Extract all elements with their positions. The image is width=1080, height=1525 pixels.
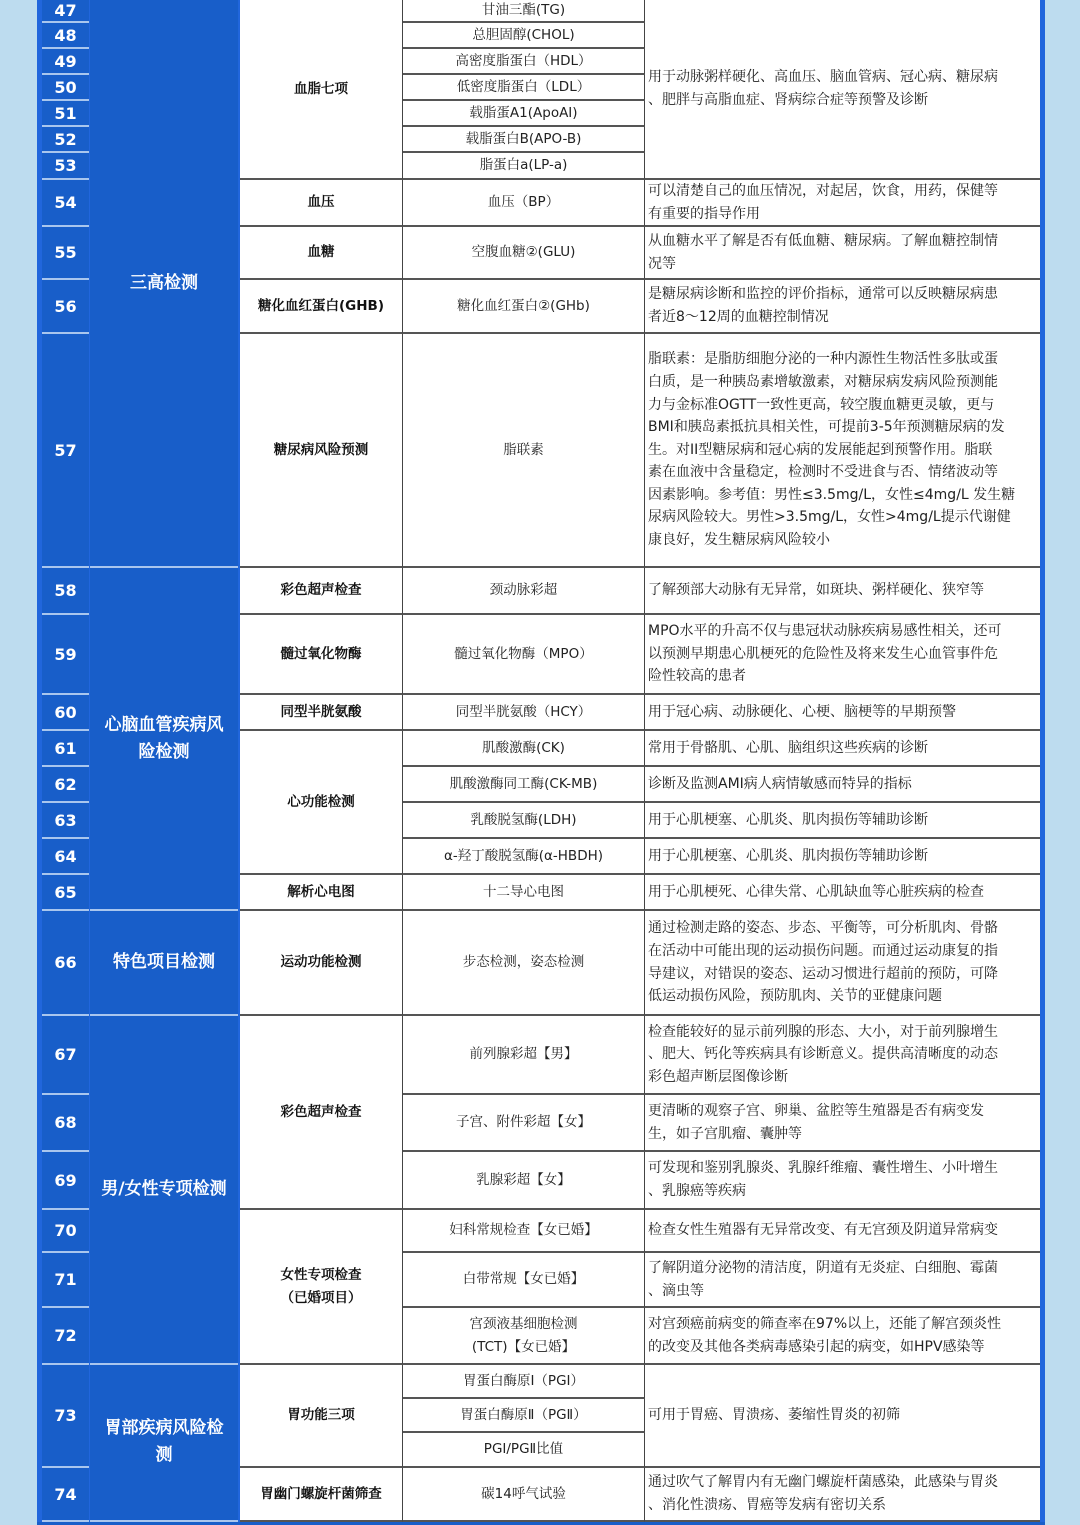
- subcategory-cell: 女性专项检查 （已婚项目）: [240, 1210, 403, 1365]
- item-cell: PGⅠ/PGⅡ比值: [403, 1433, 645, 1468]
- row-number: 61: [42, 731, 89, 767]
- row-number: 63: [42, 803, 89, 839]
- row-number: 52: [42, 127, 89, 153]
- category-cell-stomach: 胃部疾病风险检 测: [90, 1365, 238, 1522]
- item-label: 宫颈液基细胞检测: [470, 1313, 578, 1336]
- description-line: 、消化性溃疡、胃癌等发病有密切关系: [648, 1494, 886, 1517]
- category-label: 特色项目检测: [113, 949, 215, 976]
- subcategory-cell: 彩色超声检查: [240, 568, 403, 615]
- description-cell: 从血糖水平了解是否有低血糖、糖尿病。了解血糖控制情 况等: [645, 227, 1040, 280]
- description-line: 可以清楚自己的血压情况，对起居，饮食，用药，保健等: [648, 180, 998, 203]
- category-label: 三高检测: [130, 270, 198, 297]
- item-cell: 肌酸激酶同工酶(CK-MB): [403, 767, 645, 803]
- description-line: 康良好，发生糖尿病风险较小: [648, 529, 830, 552]
- category-label: 胃部疾病风险检: [105, 1415, 224, 1442]
- item-cell: 脂联素: [403, 334, 645, 568]
- subcategory-cell: 同型半胱氨酸: [240, 695, 403, 731]
- row-number: 47: [42, 0, 89, 23]
- description-line: 素在血液中含量稳定，检测时不受进食与否、情绪波动等: [648, 461, 998, 484]
- description-cell: 用于冠心病、动脉硬化、心梗、脑梗等的早期预警: [645, 695, 1040, 731]
- description-line: 、肥大、钙化等疾病具有诊断意义。提供高清晰度的动态: [648, 1043, 998, 1066]
- description-line: 况等: [648, 253, 676, 276]
- item-cell: 颈动脉彩超: [403, 568, 645, 615]
- subcategory-cell: 胃幽门螺旋杆菌筛查: [240, 1468, 403, 1522]
- item-cell: 乳腺彩超【女】: [403, 1152, 645, 1210]
- item-cell: 肌酸激酶(CK): [403, 731, 645, 767]
- description-line: 生，如子宫肌瘤、囊肿等: [648, 1123, 802, 1146]
- subcategory-cell: 血脂七项: [240, 0, 403, 180]
- subcategory-label: 女性专项检查: [281, 1264, 362, 1287]
- category-cell-sangao: 三高检测: [90, 0, 238, 568]
- row-number: 71: [42, 1253, 89, 1308]
- row-number: 65: [42, 875, 89, 911]
- description-line: 对宫颈癌前病变的筛查率在97%以上，还能了解宫颈炎性: [648, 1313, 1001, 1336]
- description-cell: 用于心肌梗死、心律失常、心肌缺血等心脏疾病的检查: [645, 875, 1040, 911]
- description-cell: 对宫颈癌前病变的筛查率在97%以上，还能了解宫颈炎性 的改变及其他各类病毒感染引…: [645, 1308, 1040, 1365]
- item-cell: 糖化血红蛋白②(GHb): [403, 280, 645, 334]
- description-line: 用于心肌梗塞、心肌炎、肌肉损伤等辅助诊断: [648, 809, 928, 832]
- category-cell-gender: 男/女性专项检测: [90, 1016, 238, 1365]
- description-line: 脂联素：是脂肪细胞分泌的一种内源性生物活性多肽或蛋: [648, 348, 998, 371]
- item-cell: 碳14呼气试验: [403, 1468, 645, 1522]
- row-number: 62: [42, 767, 89, 803]
- description-line: 、肥胖与高脂血症、肾病综合症等预警及诊断: [648, 89, 928, 112]
- description-line: 通过检测走路的姿态、步态、平衡等，可分析肌肉、骨骼: [648, 917, 998, 940]
- description-line: 因素影响。参考值：男性≤3.5mg/L，女性≤4mg/L 发生糖: [648, 484, 1015, 507]
- item-cell: 白带常规【女已婚】: [403, 1253, 645, 1308]
- item-cell: 脂蛋白a(LP-a): [403, 153, 645, 180]
- category-label: 心脑血管疾病风: [105, 712, 224, 739]
- description-cell: 了解阴道分泌物的清洁度，阴道有无炎症、白细胞、霉菌 、滴虫等: [645, 1253, 1040, 1308]
- description-cell: 用于心肌梗塞、心肌炎、肌肉损伤等辅助诊断: [645, 803, 1040, 839]
- row-number: 53: [42, 153, 89, 180]
- item-cell: 高密度脂蛋白（HDL）: [403, 49, 645, 75]
- row-number: 68: [42, 1095, 89, 1152]
- row-number: 57: [42, 334, 89, 568]
- description-line: 险性较高的患者: [648, 665, 746, 688]
- description-line: 更清晰的观察子宫、卵巢、盆腔等生殖器是否有病变发: [648, 1100, 984, 1123]
- row-number: 70: [42, 1210, 89, 1253]
- description-cell: 用于动脉粥样硬化、高血压、脑血管病、冠心病、糖尿病 、肥胖与高脂血症、肾病综合症…: [645, 0, 1040, 180]
- subcategory-cell: 糖化血红蛋白(GHB): [240, 280, 403, 334]
- item-cell: 前列腺彩超【男】: [403, 1016, 645, 1095]
- description-cell: 通过检测走路的姿态、步态、平衡等，可分析肌肉、骨骼 在活动中可能出现的运动损伤问…: [645, 911, 1040, 1016]
- description-line: 从血糖水平了解是否有低血糖、糖尿病。了解血糖控制情: [648, 230, 998, 253]
- description-cell: 脂联素：是脂肪细胞分泌的一种内源性生物活性多肽或蛋 白质，是一种胰岛素增敏激素，…: [645, 334, 1040, 568]
- row-number: 74: [42, 1468, 89, 1522]
- row-number: 64: [42, 839, 89, 875]
- description-line: 用于冠心病、动脉硬化、心梗、脑梗等的早期预警: [648, 701, 956, 724]
- description-line: 是糖尿病诊断和监控的评价指标，通常可以反映糖尿病患: [648, 283, 998, 306]
- item-cell: 妇科常规检查【女已婚】: [403, 1210, 645, 1253]
- description-cell: 检查能较好的显示前列腺的形态、大小，对于前列腺增生 、肥大、钙化等疾病具有诊断意…: [645, 1016, 1040, 1095]
- row-number: 73: [42, 1365, 89, 1468]
- description-line: 通过吹气了解胃内有无幽门螺旋杆菌感染，此感染与胃炎: [648, 1471, 998, 1494]
- description-line: 力与金标准OGTT一致性更高，较空腹血糖更灵敏，更与: [648, 394, 994, 417]
- subcategory-cell: 糖尿病风险预测: [240, 334, 403, 568]
- row-number: 51: [42, 101, 89, 127]
- item-cell: 胃蛋白酶原Ⅰ（PGⅠ）: [403, 1365, 645, 1399]
- item-label: (TCT)【女已婚】: [472, 1336, 575, 1359]
- item-cell: 载脂蛋A1(ApoAI): [403, 101, 645, 127]
- description-cell: 可用于胃癌、胃溃疡、萎缩性胃炎的初筛: [645, 1365, 1040, 1468]
- row-number: 60: [42, 695, 89, 731]
- description-line: 用于心肌梗死、心律失常、心肌缺血等心脏疾病的检查: [648, 881, 984, 904]
- description-cell: 可发现和鉴别乳腺炎、乳腺纤维瘤、囊性增生、小叶增生 、乳腺癌等疾病: [645, 1152, 1040, 1210]
- description-line: 低运动损伤风险，预防肌肉、关节的亚健康问题: [648, 985, 942, 1008]
- description-line: 尿病风险较大。男性>3.5mg/L，女性>4mg/L提示代谢健: [648, 506, 1011, 529]
- subcategory-cell: 胃功能三项: [240, 1365, 403, 1468]
- description-line: 有重要的指导作用: [648, 203, 760, 226]
- item-cell: 子宫、附件彩超【女】: [403, 1095, 645, 1152]
- row-number: 72: [42, 1308, 89, 1365]
- description-line: MPO水平的升高不仅与患冠状动脉疾病易感性相关，还可: [648, 620, 1002, 643]
- item-cell: 同型半胱氨酸（HCY）: [403, 695, 645, 731]
- description-line: 检查女性生殖器有无异常改变、有无宫颈及阴道异常病变: [648, 1219, 998, 1242]
- row-number: 54: [42, 180, 89, 227]
- description-line: 生。对II型糖尿病和冠心病的发展能起到预警作用。脂联: [648, 439, 992, 462]
- description-line: 用于动脉粥样硬化、高血压、脑血管病、冠心病、糖尿病: [648, 66, 998, 89]
- description-line: 可发现和鉴别乳腺炎、乳腺纤维瘤、囊性增生、小叶增生: [648, 1157, 998, 1180]
- row-number: 58: [42, 568, 89, 615]
- item-cell: 空腹血糖②(GLU): [403, 227, 645, 280]
- item-cell: 髓过氧化物酶（MPO）: [403, 615, 645, 695]
- description-cell: 可以清楚自己的血压情况，对起居，饮食，用药，保健等 有重要的指导作用: [645, 180, 1040, 227]
- description-line: BMI和胰岛素抵抗具相关性，可提前3-5年预测糖尿病的发: [648, 416, 1005, 439]
- description-line: 导建议，对错误的姿态、运动习惯进行超前的预防，可降: [648, 963, 998, 986]
- description-line: 、滴虫等: [648, 1280, 704, 1303]
- category-label: 男/女性专项检测: [101, 1176, 226, 1203]
- row-number: 48: [42, 23, 89, 49]
- description-line: 者近8～12周的血糖控制情况: [648, 306, 829, 329]
- description-cell: 诊断及监测AMI病人病情敏感而特异的指标: [645, 767, 1040, 803]
- subcategory-cell: 髓过氧化物酶: [240, 615, 403, 695]
- row-number: 49: [42, 49, 89, 75]
- row-number: 66: [42, 911, 89, 1016]
- item-cell: 宫颈液基细胞检测 (TCT)【女已婚】: [403, 1308, 645, 1365]
- category-cell-special: 特色项目检测: [90, 911, 238, 1016]
- description-cell: 检查女性生殖器有无异常改变、有无宫颈及阴道异常病变: [645, 1210, 1040, 1253]
- description-line: 在活动中可能出现的运动损伤问题。而通过运动康复的指: [648, 940, 998, 963]
- item-cell: α-羟丁酸脱氢酶(α-HBDH): [403, 839, 645, 875]
- subcategory-cell: 解析心电图: [240, 875, 403, 911]
- category-label: 险检测: [139, 739, 190, 766]
- description-cell: 用于心肌梗塞、心肌炎、肌肉损伤等辅助诊断: [645, 839, 1040, 875]
- subcategory-cell: 运动功能检测: [240, 911, 403, 1016]
- description-line: 彩色超声断层图像诊断: [648, 1066, 788, 1089]
- item-cell: 低密度脂蛋白（LDL）: [403, 75, 645, 101]
- description-cell: 是糖尿病诊断和监控的评价指标，通常可以反映糖尿病患 者近8～12周的血糖控制情况: [645, 280, 1040, 334]
- category-label: 测: [156, 1442, 173, 1469]
- row-number: 55: [42, 227, 89, 280]
- subcategory-cell: 血糖: [240, 227, 403, 280]
- subcategory-label: （已婚项目）: [281, 1287, 362, 1310]
- description-line: 的改变及其他各类病毒感染引起的病变，如HPV感染等: [648, 1336, 985, 1359]
- item-cell: 载脂蛋白B(APO-B): [403, 127, 645, 153]
- description-cell: MPO水平的升高不仅与患冠状动脉疾病易感性相关，还可 以预测早期患心肌梗死的危险…: [645, 615, 1040, 695]
- item-cell: 血压（BP）: [403, 180, 645, 227]
- row-number: 56: [42, 280, 89, 334]
- description-cell: 更清晰的观察子宫、卵巢、盆腔等生殖器是否有病变发 生，如子宫肌瘤、囊肿等: [645, 1095, 1040, 1152]
- row-number: 50: [42, 75, 89, 101]
- item-cell: 胃蛋白酶原Ⅱ（PGⅡ）: [403, 1399, 645, 1433]
- category-cell-cardio: 心脑血管疾病风 险检测: [90, 568, 238, 911]
- description-line: 、乳腺癌等疾病: [648, 1180, 746, 1203]
- row-number: 69: [42, 1152, 89, 1210]
- row-number: 67: [42, 1016, 89, 1095]
- description-line: 诊断及监测AMI病人病情敏感而特异的指标: [648, 773, 912, 796]
- description-cell: 常用于骨骼肌、心肌、脑组织这些疾病的诊断: [645, 731, 1040, 767]
- description-line: 以预测早期患心肌梗死的危险性及将来发生心血管事件危: [648, 643, 998, 666]
- description-line: 了解阴道分泌物的清洁度，阴道有无炎症、白细胞、霉菌: [648, 1257, 998, 1280]
- item-cell: 十二导心电图: [403, 875, 645, 911]
- description-line: 白质，是一种胰岛素增敏激素，对糖尿病发病风险预测能: [648, 371, 998, 394]
- description-line: 常用于骨骼肌、心肌、脑组织这些疾病的诊断: [648, 737, 928, 760]
- item-cell: 乳酸脱氢酶(LDH): [403, 803, 645, 839]
- item-cell: 总胆固醇(CHOL): [403, 23, 645, 49]
- description-cell: 通过吹气了解胃内有无幽门螺旋杆菌感染，此感染与胃炎 、消化性溃疡、胃癌等发病有密…: [645, 1468, 1040, 1522]
- description-cell: 了解颈部大动脉有无异常，如斑块、粥样硬化、狭窄等: [645, 568, 1040, 615]
- description-line: 用于心肌梗塞、心肌炎、肌肉损伤等辅助诊断: [648, 845, 928, 868]
- subcategory-cell: 心功能检测: [240, 731, 403, 875]
- item-cell: 甘油三酯(TG): [403, 0, 645, 23]
- subcategory-cell: 彩色超声检查: [240, 1016, 403, 1210]
- description-line: 检查能较好的显示前列腺的形态、大小，对于前列腺增生: [648, 1021, 998, 1044]
- description-line: 可用于胃癌、胃溃疡、萎缩性胃炎的初筛: [648, 1404, 900, 1427]
- row-number: 59: [42, 615, 89, 695]
- item-cell: 步态检测，姿态检测: [403, 911, 645, 1016]
- subcategory-cell: 血压: [240, 180, 403, 227]
- description-line: 了解颈部大动脉有无异常，如斑块、粥样硬化、狭窄等: [648, 579, 984, 602]
